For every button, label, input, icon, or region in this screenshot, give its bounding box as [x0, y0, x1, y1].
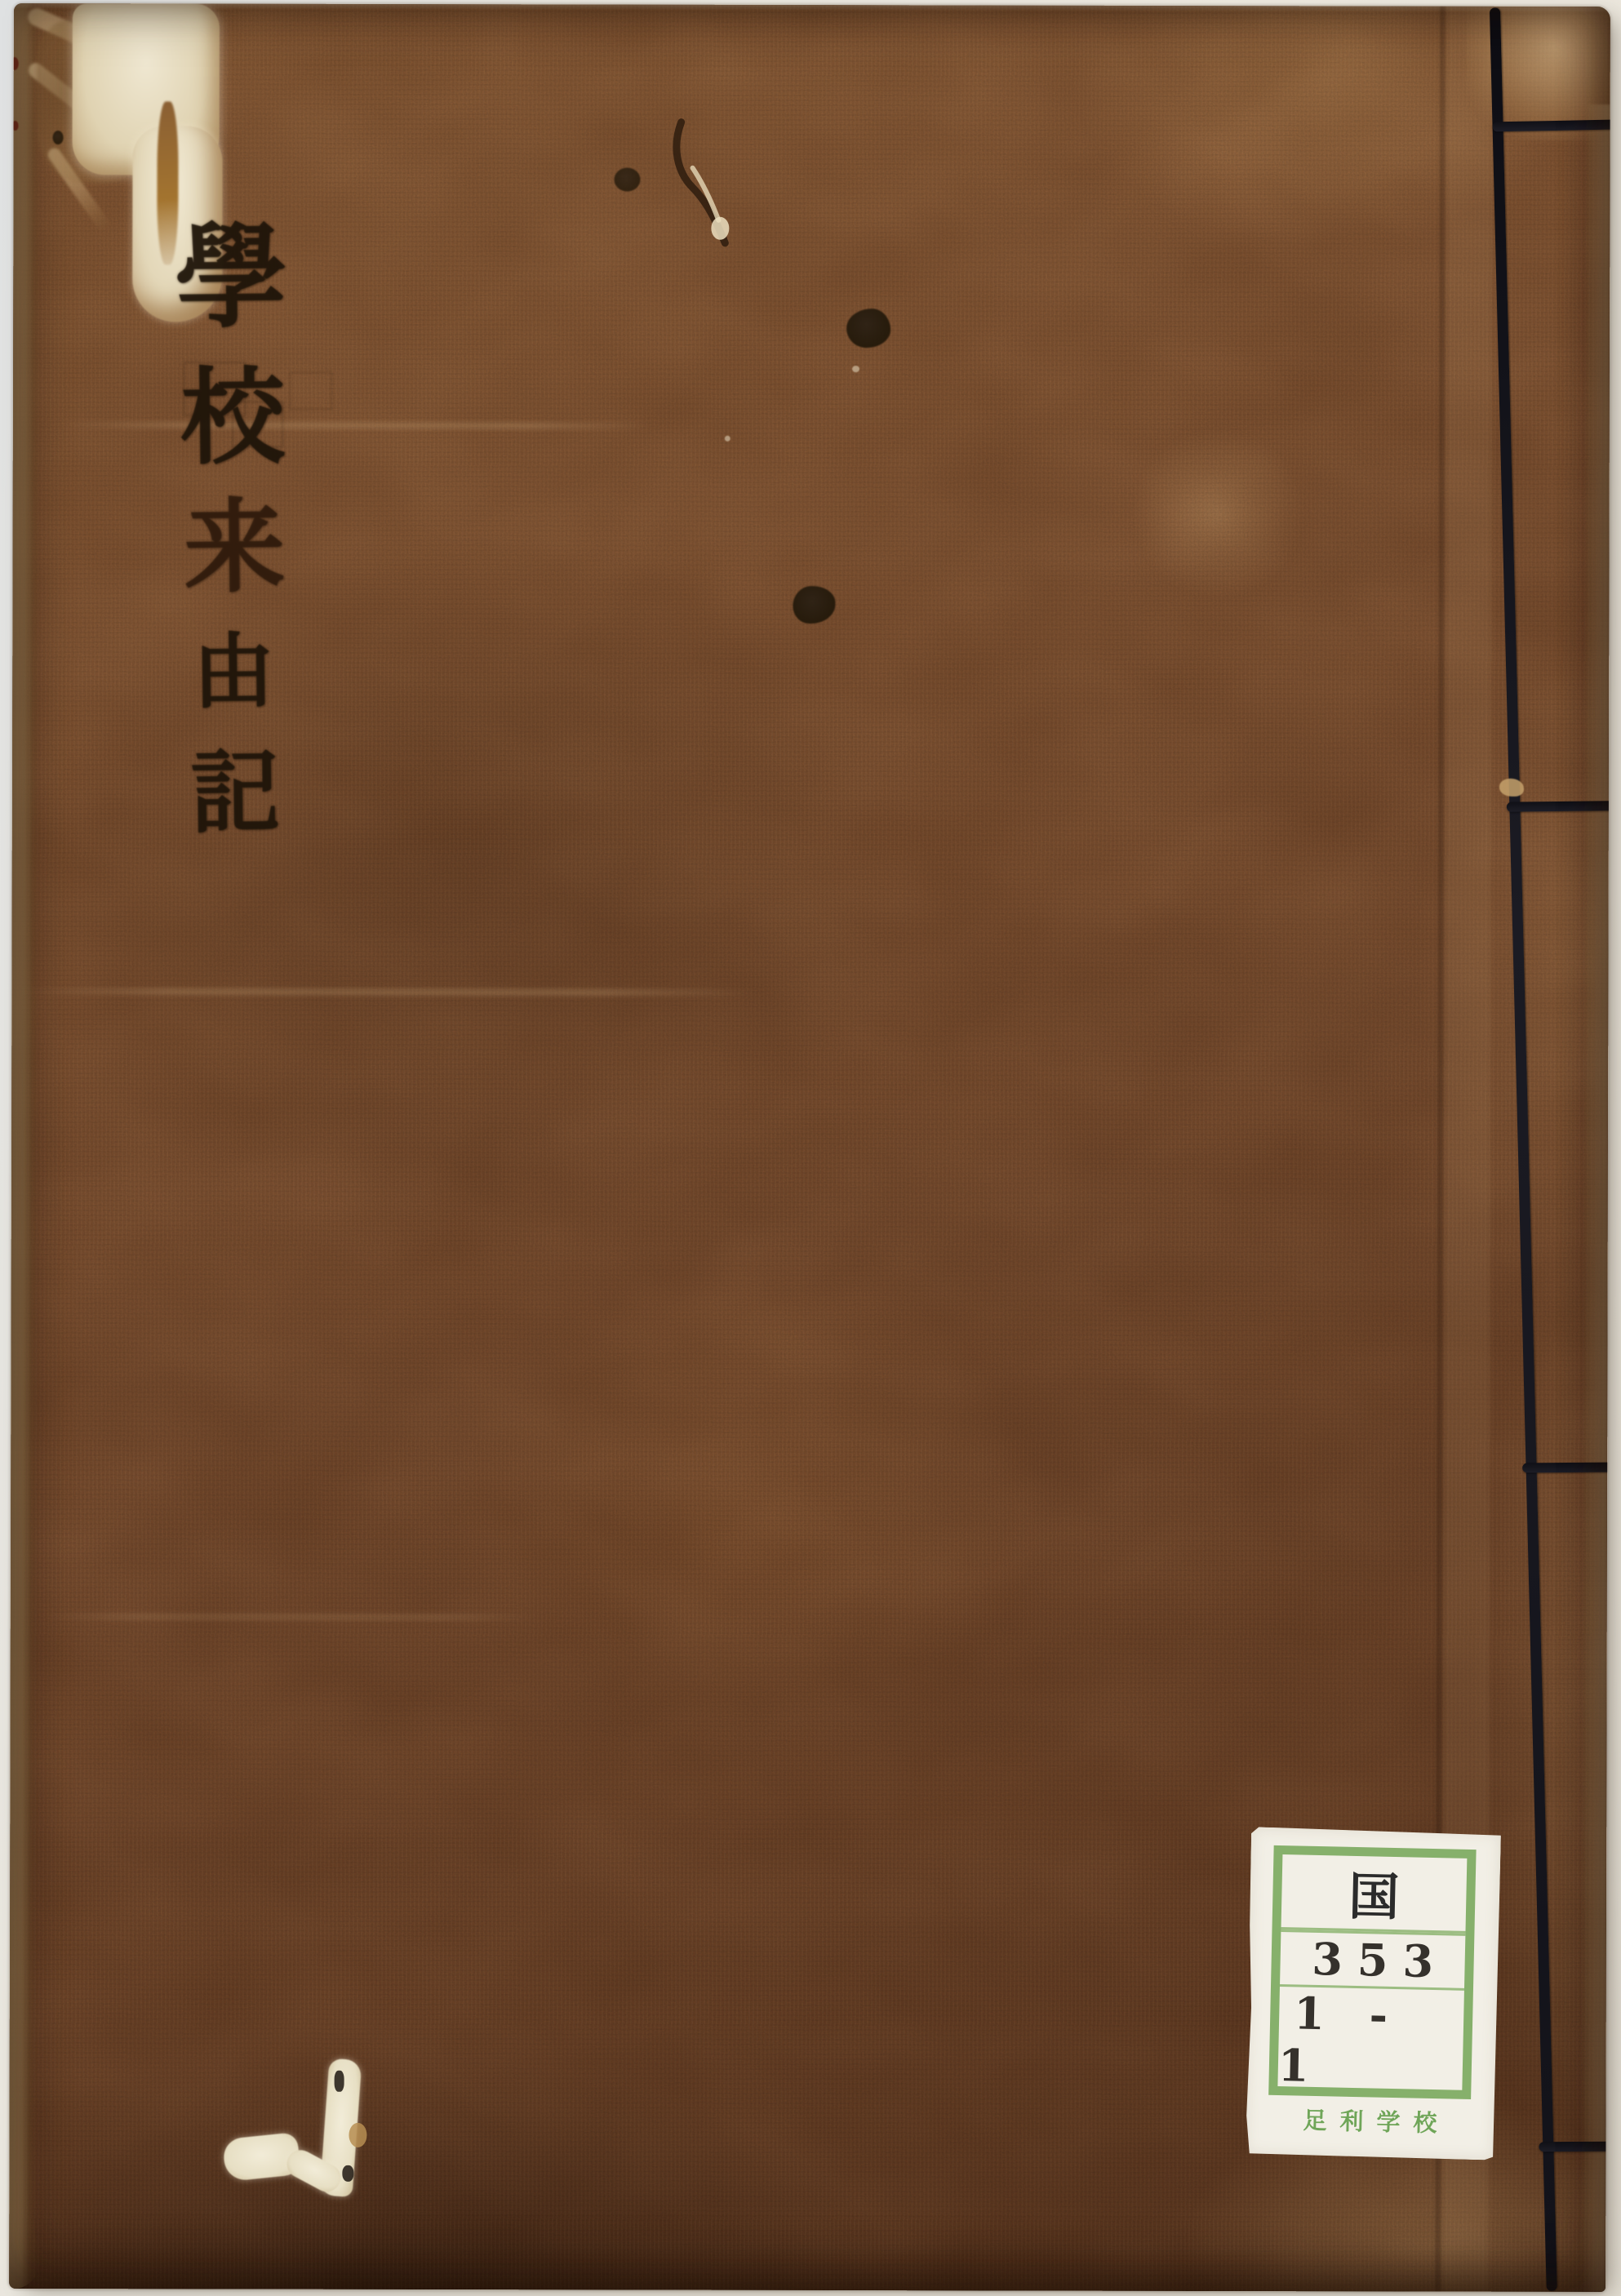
fray-streak: [25, 60, 144, 158]
title-char: 記: [183, 744, 273, 835]
cloth-grain-texture: [9, 3, 1610, 2292]
ink-blot: [846, 309, 890, 348]
spine-light-band: [1442, 7, 1493, 2292]
title-char: 来: [174, 492, 276, 594]
crease-line: [62, 421, 650, 430]
fore-edge-pages: [1581, 104, 1610, 2292]
ghost-impression: [289, 371, 333, 411]
label-volume: 1 - 1: [1277, 1987, 1464, 2095]
torn-cover-patch-tongue: [132, 126, 223, 322]
white-speck: [852, 366, 859, 372]
label-green-frame: 国 353 1 - 1: [1268, 1845, 1476, 2099]
damage-fleck: [342, 2165, 353, 2182]
corner-wear-shadow: [36, 20, 158, 183]
red-speck: [11, 57, 19, 70]
torn-cover-patch: [72, 3, 219, 175]
label-number: 353: [1280, 1932, 1465, 1991]
spine-crease: [1436, 7, 1445, 2292]
fray-streak: [25, 5, 174, 85]
cloth-mottle-texture: [9, 3, 1610, 2292]
crease-line: [35, 1613, 541, 1621]
white-speck: [725, 436, 731, 442]
binding-stitch: [1493, 119, 1610, 131]
ink-dot: [53, 131, 64, 144]
label-blank-row: [1281, 1930, 1465, 1936]
ink-dot: [614, 167, 640, 191]
binding-stitch: [1507, 801, 1610, 812]
damage-white-mark: [222, 2132, 301, 2182]
title-calligraphy: 學 校 来 由 記: [131, 216, 286, 920]
patch-brown-vein: [157, 101, 178, 264]
book-cover: 學 校 来 由 記 国 353 1 - 1 足利学校: [9, 3, 1610, 2292]
title-char: 校: [171, 361, 277, 467]
library-label: 国 353 1 - 1 足利学校: [1245, 1827, 1501, 2160]
worn-top-right-corner: [1467, 7, 1610, 140]
ghost-impression: [183, 361, 246, 416]
binding-thread-vertical: [1490, 7, 1557, 2290]
binding-stitch: [1522, 1462, 1610, 1472]
red-speck: [12, 121, 19, 131]
binding-stitch: [1539, 2142, 1610, 2152]
damage-white-mark: [320, 2058, 362, 2197]
top-edge-highlight: [14, 3, 1610, 12]
binding-hole-fray: [1499, 779, 1524, 797]
label-institution: 足利学校: [1245, 2101, 1495, 2140]
scratch-mark: [655, 114, 753, 261]
label-category: 国: [1281, 1854, 1467, 1934]
crease-line: [20, 988, 754, 997]
damage-white-mark: [282, 2145, 345, 2196]
damage-fleck: [335, 2071, 344, 2092]
damage-fleck: [349, 2123, 366, 2147]
frayed-left-page-edges: [9, 3, 43, 2289]
ink-blot: [793, 586, 835, 624]
fray-streak: [46, 145, 113, 233]
ghost-impression: [232, 401, 284, 448]
photo-backdrop: 學 校 来 由 記 国 353 1 - 1 足利学校: [0, 0, 1621, 2296]
title-char: 由: [185, 628, 268, 710]
title-char: 學: [165, 216, 279, 331]
